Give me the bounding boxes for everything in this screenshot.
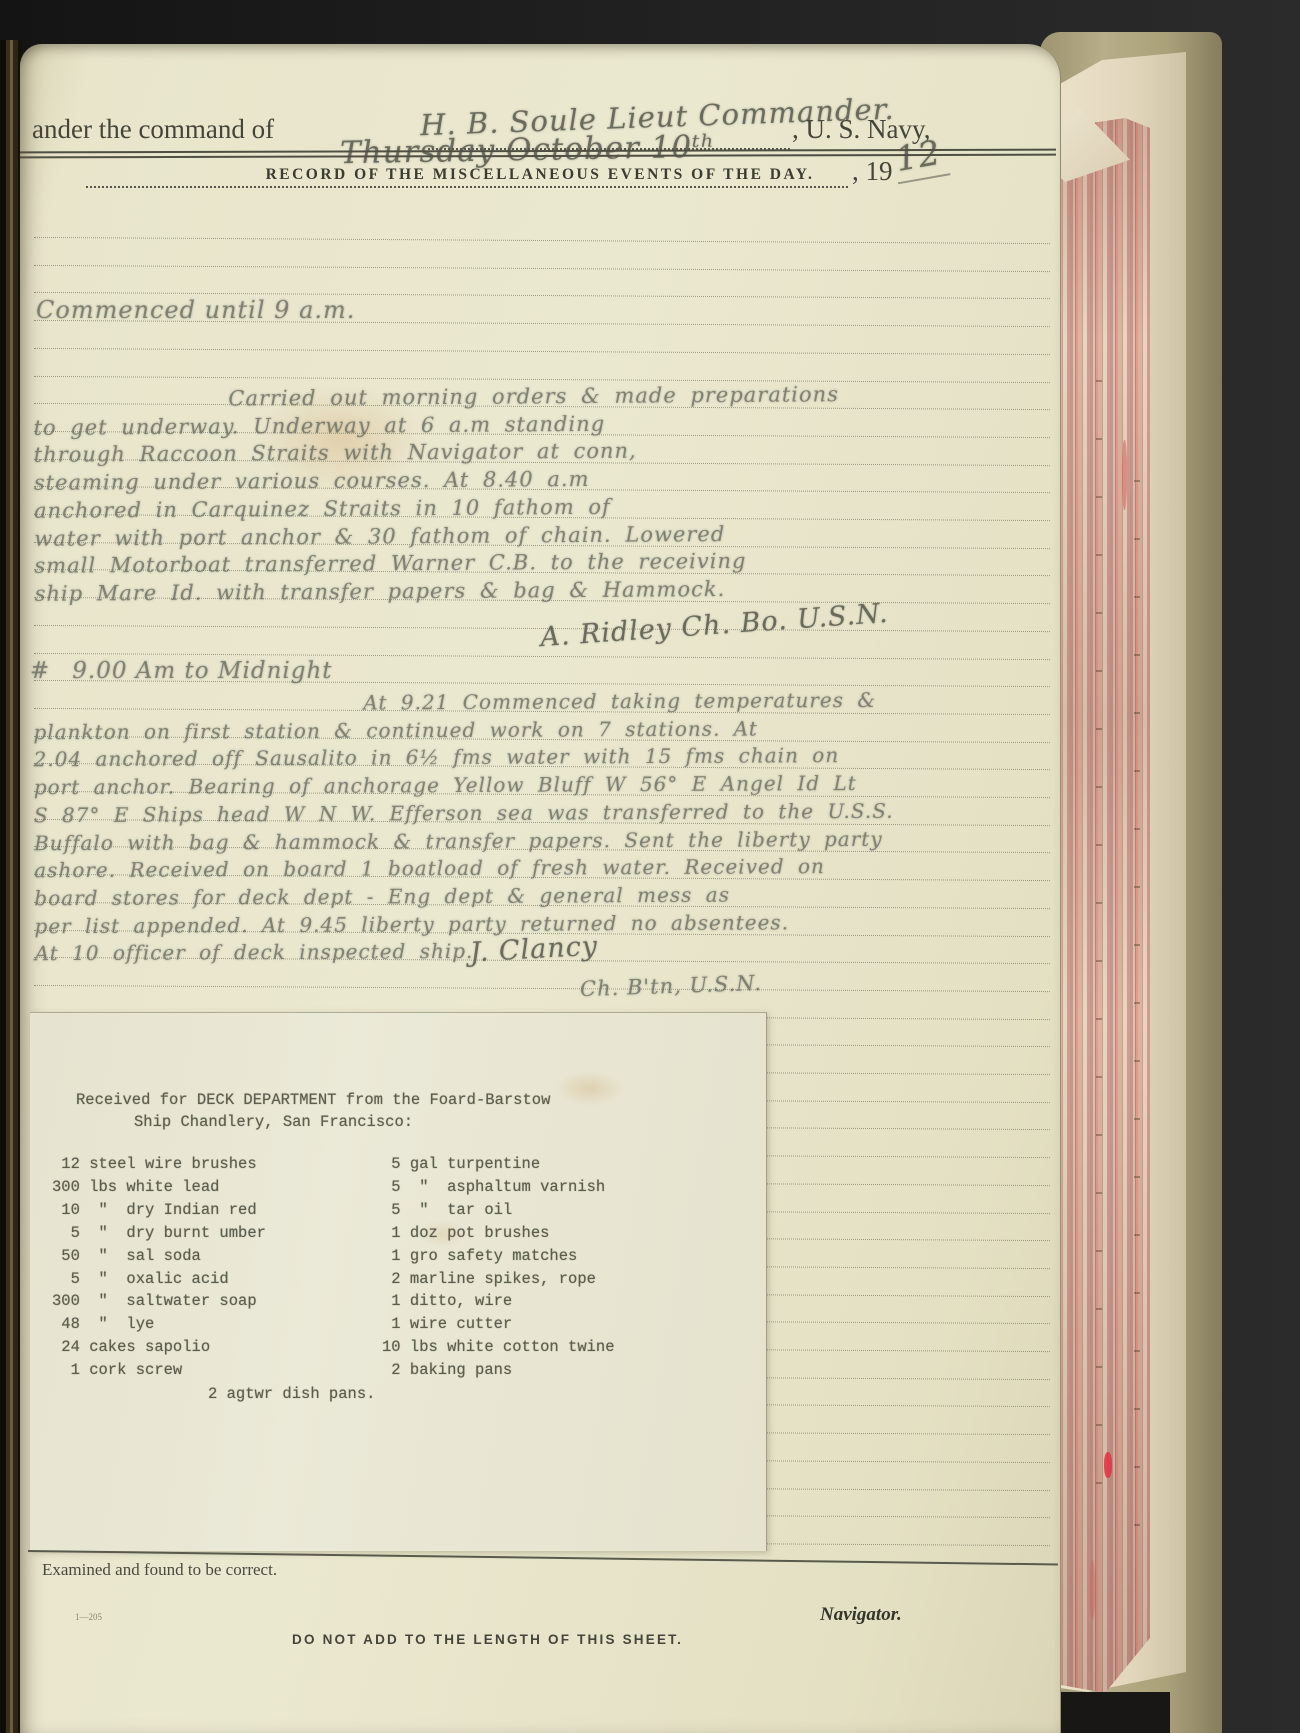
navigator-label: Navigator. (820, 1604, 902, 1626)
receipt-item: 1 wire cutter (382, 1313, 615, 1336)
pasted-receipt-sheet: Received for DECK DEPARTMENT from the Fo… (30, 1012, 767, 1551)
receipt-item: 50 " sal soda (52, 1245, 382, 1268)
do-not-add-warning: DO NOT ADD TO THE LENGTH OF THIS SHEET. (292, 1632, 683, 1647)
receipt-item: 5 " oxalic acid (52, 1268, 382, 1291)
watch2-heading-handwriting: #9.00 Am to Midnight (30, 658, 333, 684)
receipt-item: 300 lbs white lead (52, 1176, 382, 1199)
watch1-heading-handwriting: Commenced until 9 a.m. (36, 296, 355, 324)
receipt-item: 1 gro safety matches (382, 1245, 615, 1268)
page-edge-ink-ticks (1096, 380, 1102, 1530)
watch2-margin-mark: # (30, 658, 50, 684)
page-edge-ink-ticks (1134, 480, 1140, 1530)
receipt-item: 5 " tar oil (382, 1199, 615, 1222)
receipt-item: 5 gal turpentine (382, 1153, 615, 1176)
log-entry-1: Carried out morning orders & made prepar… (33, 381, 840, 608)
receipt-item: 5 " asphaltum varnish (382, 1176, 615, 1199)
receipt-item: 24 cakes sapolio (52, 1336, 382, 1359)
handwriting-line: ashore. Received on board 1 boatload of … (34, 853, 894, 885)
receipt-items-left-column: 12 steel wire brushes300 lbs white lead … (52, 1153, 382, 1382)
receipt-item: 1 ditto, wire (382, 1290, 615, 1313)
form-number: 1—205 (75, 1612, 102, 1622)
handwriting-line: ship Mare Id. with transfer papers & bag… (35, 575, 841, 608)
signature-1-handwriting: A. Ridley Ch. Bo. U.S.N. (539, 598, 889, 653)
receipt-items-right-column: 5 gal turpentine 5 " asphaltum varnish 5… (382, 1153, 615, 1382)
red-edge-stain (1090, 1560, 1095, 1620)
receipt-item: 1 cork screw (52, 1359, 382, 1382)
handwriting-line: S 87° E Ships head W N W. Efferson sea w… (34, 798, 894, 830)
receipt-heading-line2: Ship Chandlery, San Francisco: (134, 1113, 413, 1131)
page-title: RECORD OF THE MISCELLANEOUS EVENTS OF TH… (20, 166, 1060, 184)
log-page: ander the command of H. B. Soule Lieut C… (20, 44, 1061, 1733)
receipt-item: 1 doz pot brushes (382, 1222, 615, 1245)
red-edge-stain (1122, 440, 1127, 510)
handwriting-line: plankton on first station & continued wo… (33, 714, 893, 746)
header-printed-prefix: ander the command of (32, 114, 274, 145)
handwriting-line: 2.04 anchored off Sausalito in 6½ fms wa… (34, 742, 894, 774)
receipt-item: 12 steel wire brushes (52, 1153, 382, 1176)
receipt-item: 300 " saltwater soap (52, 1290, 382, 1313)
book-gutter (0, 40, 22, 1733)
receipt-item: 5 " dry burnt umber (52, 1222, 382, 1245)
handwriting-line: Buffalo with bag & hammock & transfer pa… (34, 825, 894, 857)
handwriting-line: per list appended. At 9.45 liberty party… (34, 908, 894, 940)
red-edge-stain (1104, 1452, 1112, 1478)
receipt-item: 2 marline spikes, rope (382, 1268, 615, 1291)
handwriting-line: At 9.21 Commenced taking temperatures & (33, 687, 893, 719)
receipt-bottom-item: 2 agtwr dish pans. (208, 1385, 375, 1403)
signature-2-title-handwriting: Ch. B'tn, U.S.N. (580, 971, 763, 1001)
handwriting-line: board stores for deck dept - Eng dept & … (34, 881, 894, 913)
watch2-heading-text: 9.00 Am to Midnight (72, 658, 332, 684)
receipt-item: 10 " dry Indian red (52, 1199, 382, 1222)
receipt-item: 48 " lye (52, 1313, 382, 1336)
receipt-heading-line1: Received for DECK DEPARTMENT from the Fo… (76, 1091, 550, 1109)
examined-statement: Examined and found to be correct. (42, 1560, 277, 1580)
handwriting-line: At 10 officer of deck inspected ship. (35, 936, 895, 968)
handwriting-line: Carried out morning orders & made prepar… (33, 381, 839, 414)
receipt-item: 10 lbs white cotton twine (382, 1336, 615, 1359)
handwriting-line: port anchor. Bearing of anchorage Yellow… (34, 770, 894, 802)
logbook-photo: ander the command of H. B. Soule Lieut C… (0, 0, 1300, 1733)
log-entry-2: At 9.21 Commenced taking temperatures &p… (33, 687, 894, 969)
receipt-item: 2 baking pans (382, 1359, 615, 1382)
